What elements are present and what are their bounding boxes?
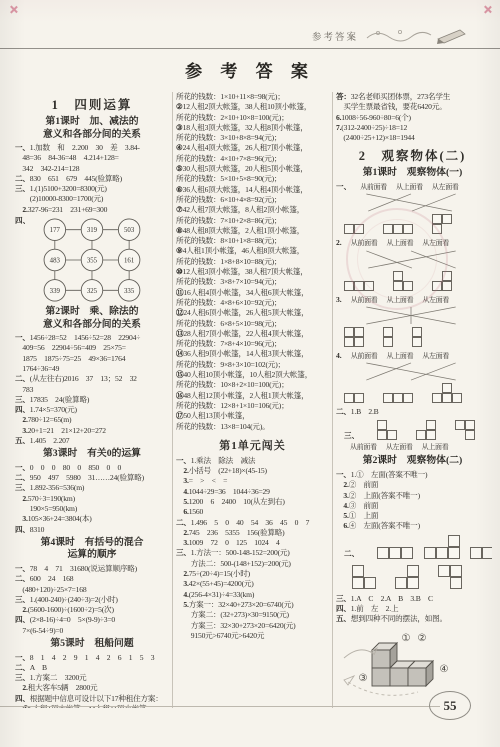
circle-number-grid: 177 319 503 483 355 161 339 325 335 — [30, 216, 152, 304]
grid-number: 355 — [87, 258, 98, 265]
answer-line: ⑨4人租1顶小帐篷，46人租8顶大帐篷， — [176, 246, 329, 256]
answer-line: ⑤30人租5顶大帐篷，20人租5顶小帐篷， — [176, 164, 329, 174]
answer-line: 3.1009 72 0 125 1024 4 — [176, 538, 329, 548]
answer-line: 三、1.方法一：500-148-152=200(元) — [176, 548, 329, 558]
view-label: 从左面看 — [432, 183, 459, 192]
answer-line: 所花的钱数：7×8+4×10=96(元)； — [176, 339, 329, 349]
view-label: 从前面看 — [350, 443, 377, 452]
answer-line: 所花的钱数：9×8+3×10=102(元)； — [176, 360, 329, 370]
answer-line: 三、1.A C 2.A B 3.B C — [336, 594, 489, 604]
view-label: 从上面看 — [387, 352, 414, 361]
answer-line: 2.75÷(20÷4)=15(小时) — [176, 569, 329, 579]
view-shape — [455, 420, 476, 441]
answer-line: 所花的钱数：1×8+8×10=88(元)； — [176, 257, 329, 267]
answer-line: 五、想到四种不同的摆法，如图。 — [336, 614, 489, 624]
answer-line: ⑬28人租7顶小帐篷，22人租4顶大帐篷， — [176, 329, 329, 339]
item-marker: 3. — [336, 295, 342, 305]
grid-number: 325 — [87, 288, 98, 295]
answer-line: 2.780÷12=65(m) — [15, 415, 169, 425]
answer-line: 190×5=950(km) — [15, 504, 169, 514]
item-marker: 一、 — [336, 182, 351, 192]
answer-line: 方案三：32×30+273×20=6420(元) — [176, 621, 329, 631]
view-shape — [344, 393, 365, 404]
answer-line: 所花的钱数：3×10+8×8=94(元)； — [176, 133, 329, 143]
answer-line: ③18人租3顶大帐篷，32人租8顶小帐篷， — [176, 123, 329, 133]
answer-line: 4.1044÷29=36 1044÷36=29 — [176, 487, 329, 497]
grid-number: 335 — [124, 288, 135, 295]
answer-line: ⑮40人租10顶小帐篷，10人租2顶大帐篷， — [176, 370, 329, 380]
answer-line: 3.20+1=21 21×12+20=272 — [15, 426, 169, 436]
answer-line: 三、17835 24(验算略) — [15, 395, 169, 405]
answer-line: 二、950 497 5980 31……24(验算略) — [15, 473, 169, 483]
column-3: 答：32名老师买团体票，273名学生 买学生票最省钱，要花6420元。6.100… — [332, 92, 492, 708]
draw-views-exercise: 三、 从前面看 从左面看 从上面看 — [336, 419, 489, 452]
answer-line: 三、1.892-356=536(m) — [15, 483, 169, 493]
answer-line: 二、A B — [15, 663, 169, 673]
unit-1-test-title: 第1单元闯关 — [176, 437, 329, 453]
answer-line: 1764÷36=49 — [15, 364, 169, 374]
view-shape — [395, 565, 420, 590]
running-header: 参考答案 — [312, 27, 474, 45]
answer-line: 所花的钱数：5×10+5×8=90(元)； — [176, 174, 329, 184]
answer-line: 所花的钱数：6×10+4×8=92(元)； — [176, 195, 329, 205]
answer-line: 一、0 0 0 80 0 850 0 0 — [15, 463, 169, 473]
view-shape — [352, 565, 377, 590]
lesson-1-answers: 一、1.加数 和 2.200 30 差 3.84- 48=36 84-36=48… — [15, 143, 169, 215]
matching-exercise: 4. 从前面看 从上面看 从左面看 — [336, 351, 489, 404]
item-marker: 2. — [336, 238, 342, 248]
view-shape — [377, 420, 398, 441]
grid-number: 177 — [50, 227, 61, 234]
answer-line: 所花的钱数：8×10+1×8=88(元)； — [176, 236, 329, 246]
number-grid-exercise: 四、 177 319 503 483 — [15, 216, 169, 304]
answer-line: 6.④ 左面(答案不唯一) — [336, 521, 489, 531]
lesson-2-answers: 一、1.① 左面(答案不唯一) 2.② 前面 3.② 上面(答案不唯一) 4.③… — [336, 470, 489, 532]
item-marker: 三、 — [344, 431, 359, 441]
answer-line: 所花的钱数：13×8=104(元)。 — [176, 422, 329, 432]
answer-line: (2400÷25+12)×18=1944 — [336, 133, 489, 143]
page-number: 55 — [429, 691, 471, 720]
answer-line: 所花的钱数：2×10+10×8=100(元)； — [176, 113, 329, 123]
answer-line: 所花的钱数：7×10+2×8=86(元)； — [176, 216, 329, 226]
answer-line: 7×(6-54÷9)=0 — [15, 626, 169, 636]
lesson-2-answers: 一、1456÷28=52 1456÷52=28 22904÷ 409=56 22… — [15, 333, 169, 446]
answer-line: 3.= > < = — [176, 476, 329, 486]
chapter-2-title: 2 观察物体(二) — [336, 146, 489, 164]
answer-line: 方法二：500-(148+152)=200(元) — [176, 559, 329, 569]
answer-line: 所花的钱数：6×8+5×10=98(元)； — [176, 319, 329, 329]
lesson-2-title: 第2课时 乘、除法的 意义和各部分间的关系 — [15, 306, 169, 331]
answer-line: (2)10000-8300=1700(元) — [15, 194, 169, 204]
view-shape — [438, 565, 463, 590]
answer-line: 3.105×36+24=3804(本) — [15, 514, 169, 524]
answer-line: 二、1.496 5 0 40 54 36 45 0 7 — [176, 518, 329, 528]
answer-line: 四、根据题中信息可设计以下17种租住方案： — [15, 694, 169, 704]
answer-line: 所花的钱数：1×10+11×8=98(元)； — [176, 92, 329, 102]
answer-line: 409=56 22904÷56=409 25×75= — [15, 343, 169, 353]
answer-line: 2.小括号 (22+18)×(45-15) — [176, 466, 329, 476]
view-label: 从上面看 — [422, 443, 449, 452]
view-label: 从前面看 — [360, 183, 387, 192]
view-shape — [424, 535, 452, 560]
answer-line: ⑭36人租9顶小帐篷，14人租3顶大帐篷， — [176, 349, 329, 359]
answer-line: 二、830 651 679 445(验算略) — [15, 174, 169, 184]
answer-line: 5.方案一：32×40+273×20=6740(元) — [176, 600, 329, 610]
view-shape — [416, 420, 437, 441]
footer-rule — [0, 706, 440, 707]
view-shape — [470, 547, 489, 560]
answer-line: 四、1.74×5=370(元) — [15, 405, 169, 415]
view-label: 从左面看 — [386, 443, 413, 452]
view-shape — [383, 393, 414, 404]
column-2: 所花的钱数：1×10+11×8=98(元)；②12人租2顶大帐篷，38人租10顶… — [172, 92, 332, 708]
column-1: 1 四则运算 第1课时 加、减法的 意义和各部分间的关系 一、1.加数 和 2.… — [12, 92, 172, 708]
lesson-5-title: 第5课时 租船问题 — [15, 638, 169, 651]
answer-line: 7.(312-2400÷25)÷18=12 — [336, 123, 489, 133]
header-rule — [0, 48, 500, 49]
answer-line: 三、1.(1)5100+3200=8300(元) — [15, 184, 169, 194]
answer-line: 所花的钱数：4×8+6×10=92(元)； — [176, 298, 329, 308]
grid-number: 161 — [124, 258, 134, 265]
answer-line: 4.(256-4×31)÷4=33(km) — [176, 590, 329, 600]
answer-line: 方案二：(32+273)×30=9150(元) — [176, 610, 329, 620]
answer-line: 三、1.方案二 3200元 — [15, 673, 169, 683]
lesson-3-answers: 一、0 0 0 80 0 850 0 0二、950 497 5980 31……2… — [15, 463, 169, 535]
view-shape — [344, 327, 365, 348]
item-marker: 四、 — [15, 216, 30, 226]
lesson-4-answers: 一、78 4 71 31680(说运算顺序略)二、600 24 168 (480… — [15, 564, 169, 636]
grid-number: 339 — [50, 288, 61, 295]
answer-line: 一、8 1 4 2 9 1 4 2 6 1 5 3 — [15, 653, 169, 663]
item-marker: 二、 — [344, 549, 359, 559]
answer-line: 一、1456÷28=52 1456÷52=28 22904÷ — [15, 333, 169, 343]
answer-line: 2.(5600-1600)÷(1600÷2)=5(次) — [15, 605, 169, 615]
answer-line: ⑧48人租8顶大帐篷，2人租1顶小帐篷， — [176, 226, 329, 236]
matching-lines — [336, 306, 486, 325]
answer-line: 所花的钱数：12×8+1×10=106(元)； — [176, 401, 329, 411]
answer-line: 6.1560 — [176, 507, 329, 517]
answer-line: 二、1.B 2.B — [336, 407, 489, 417]
corner-mark-icon — [9, 5, 18, 14]
answer-line: 2.327-96=231 231+69=300 — [15, 205, 169, 215]
rent-scheme-answers: 所花的钱数：1×10+11×8=98(元)；②12人租2顶大帐篷，38人租10顶… — [176, 92, 329, 432]
answer-line: 48=36 84-36=48 4.214+128= — [15, 153, 169, 163]
answer-line: ⑰50人租13顶小帐篷， — [176, 411, 329, 421]
answer-line: 买学生票最省钱，要花6420元。 — [336, 102, 489, 112]
answer-line: 2.570÷3=190(km) — [15, 494, 169, 504]
answer-line: 四、8310 — [15, 525, 169, 535]
answer-line: 答：32名老师买团体票，273名学生 — [336, 92, 489, 102]
lesson-3-title: 第3课时 有关0的运算 — [15, 448, 169, 461]
stamp-watermark — [346, 208, 448, 310]
answer-line: 5.1200 6 2400 10(从左到右) — [176, 497, 329, 507]
corner-mark-icon — [483, 5, 492, 14]
answer-line: 9150元>6740元>6420元 — [176, 631, 329, 641]
answer-line: 五、1.405 2.207 — [15, 436, 169, 446]
answer-line: 所花的钱数：4×10+7×8=96(元)； — [176, 154, 329, 164]
chapter-1-title: 1 四则运算 — [15, 95, 169, 113]
lesson-2-title: 第2课时 观察物体(二) — [336, 455, 489, 468]
built-views-row: 二、 — [336, 535, 489, 560]
answer-line: 2.租大客车5辆 2800元 — [15, 683, 169, 693]
answer-line: 3.② 上面(答案不唯一) — [336, 491, 489, 501]
unit-1-test-answers: 一、1.乘法 除法 减法 2.小括号 (22+18)×(45-15) 3.= >… — [176, 456, 329, 641]
answer-line: 5.① 上面 — [336, 511, 489, 521]
answer-line: ⑪16人租4顶小帐篷，34人租6顶大帐篷， — [176, 288, 329, 298]
view-label: 从上面看 — [396, 183, 423, 192]
answer-line: 二、(从左往右)2016 37 13；52 32 — [15, 374, 169, 384]
answer-line: 一、1.乘法 除法 减法 — [176, 456, 329, 466]
unit1-answers-continued: 答：32名老师买团体票，273名学生 买学生票最省钱，要花6420元。6.100… — [336, 92, 489, 143]
lesson-5-answers: 一、8 1 4 2 9 1 4 2 6 1 5 3二、A B三、1.方案二 32… — [15, 653, 169, 709]
grid-number: 319 — [87, 227, 98, 234]
answer-line: 2.② 前面 — [336, 480, 489, 490]
answer-line: 四、1.前 左 2.上 — [336, 604, 489, 614]
matching-lines — [336, 362, 486, 381]
grid-number: 503 — [124, 227, 135, 234]
answer-line: ②12人租2顶大帐篷，38人租10顶小帐篷， — [176, 102, 329, 112]
answer-line: ⑦42人租7顶大帐篷，8人租2顶小帐篷， — [176, 205, 329, 215]
view-shape — [383, 327, 394, 348]
answer-line: 所花的钱数：10×8+2×10=100(元)； — [176, 380, 329, 390]
answer-line: (480+120)÷25×7=168 — [15, 585, 169, 595]
view-label: 从前面看 — [351, 352, 378, 361]
answer-line: 6.1008÷56-960÷80=6(个) — [336, 113, 489, 123]
tail-answers: 三、1.A C 2.A B 3.B C四、1.前 左 2.上五、想到四种不同的摆… — [336, 594, 489, 625]
answer-line: 783 — [15, 385, 169, 395]
lesson-1-title: 第1课时 加、减法的 意义和各部分间的关系 — [15, 116, 169, 141]
answer-key-page: 参考答案 参 考 答 案 1 四则运算 第1课时 加、减法的 意义和各部分间的关… — [0, 0, 500, 747]
item-marker: 4. — [336, 351, 342, 361]
answer-line: ⑯48人租12顶小帐篷，2人租1顶大帐篷， — [176, 391, 329, 401]
built-views-row — [336, 565, 489, 590]
running-header-label: 参考答案 — [312, 29, 358, 43]
answer-line: ⑫24人租6顶小帐篷，26人租5顶大帐篷， — [176, 308, 329, 318]
view-shape — [432, 383, 463, 404]
answer-line: ④24人租4顶大帐篷，26人租7顶小帐篷， — [176, 143, 329, 153]
answer-line: 3.42×(55+45)=4200(元) — [176, 579, 329, 589]
answer-line: 二、600 24 168 — [15, 574, 169, 584]
pencil-icon — [438, 30, 465, 43]
view-label: 从左面看 — [422, 352, 449, 361]
page-title: 参 考 答 案 — [0, 57, 500, 82]
answer-line: 1875 1875÷75=25 49×36=1764 — [15, 354, 169, 364]
answer-line: ⑩12人租3顶小帐篷，38人租7顶大帐篷， — [176, 267, 329, 277]
lesson-1-title: 第1课时 观察物体(一) — [336, 167, 489, 180]
view-shape — [377, 547, 405, 560]
answer-line: 一、1.加数 和 2.200 30 差 3.84- — [15, 143, 169, 153]
answer-line: 4.③ 前面 — [336, 501, 489, 511]
answer-line: 三、1.(400-240)÷(240÷3)=2(小时) — [15, 595, 169, 605]
grid-number: 483 — [50, 258, 61, 265]
answer-line: 2.745 236 5355 156(验算略) — [176, 528, 329, 538]
answer-columns: 1 四则运算 第1课时 加、减法的 意义和各部分间的关系 一、1.加数 和 2.… — [12, 92, 492, 708]
branch-doodle-icon — [364, 27, 474, 45]
answer-line: 所花的钱数：3×8+7×10=94(元)； — [176, 277, 329, 287]
choice-answers: 二、1.B 2.B — [336, 407, 489, 417]
lesson-4-title: 第4课时 有括号的混合 运算的顺序 — [15, 537, 169, 562]
answer-line: ⑥36人租6顶大帐篷，14人租4顶小帐篷， — [176, 185, 329, 195]
answer-line: 四、(2×8-16)÷4=0 5×(9-9)÷3=0 — [15, 615, 169, 625]
view-shape — [412, 327, 423, 348]
answer-line: 一、1.① 左面(答案不唯一) — [336, 470, 489, 480]
answer-line: 342 342-214=128 — [15, 164, 169, 174]
answer-line: 一、78 4 71 31680(说运算顺序略) — [15, 564, 169, 574]
